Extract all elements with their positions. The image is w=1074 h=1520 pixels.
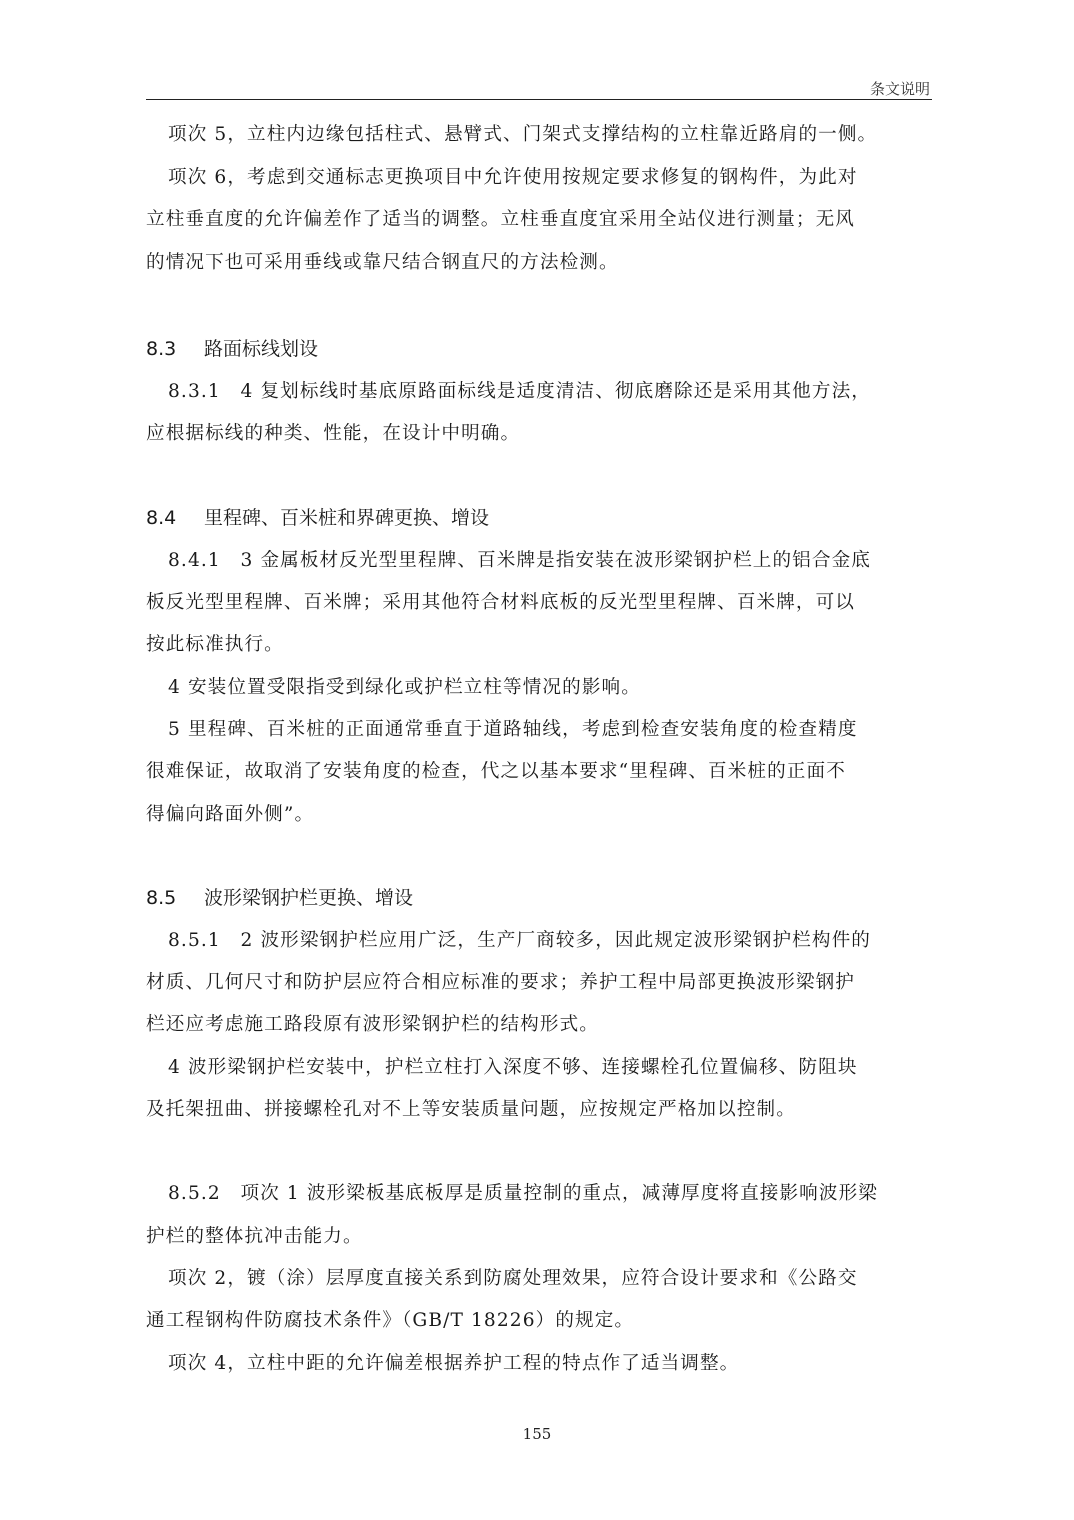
clause-text: 按此标准执行。 [146,624,932,665]
section-heading-8-5: 8.5波形梁钢护栏更换、增设 [146,883,413,913]
section-heading-8-3: 8.3路面标线划设 [146,334,318,364]
clause-text: 护栏的整体抗冲击能力。 [146,1216,932,1257]
clause-text: 得偏向路面外侧”。 [146,794,932,835]
clause-text: 项次 4，立柱中距的允许偏差根据养护工程的特点作了适当调整。 [146,1343,932,1384]
clause-text: 板反光型里程牌、百米牌；采用其他符合材料底板的反光型里程牌、百米牌，可以 [146,582,932,623]
section-number: 8.5 [146,883,204,913]
section-title: 波形梁钢护栏更换、增设 [204,887,413,909]
page-number: 155 [0,1425,1074,1443]
clause-text: 通工程钢构件防腐技术条件》（GB/T 18226）的规定。 [146,1300,932,1341]
clause-text: 8.5.2 项次 1 波形梁板基底板厚是质量控制的重点，减薄厚度将直接影响波形梁 [146,1173,932,1214]
clause-text: 很难保证，故取消了安装角度的检查，代之以基本要求“里程碑、百米桩的正面不 [146,751,932,792]
paragraph: 项次 5，立柱内边缘包括柱式、悬臂式、门架式支撑结构的立柱靠近路肩的一侧。 [146,114,932,155]
section-number: 8.4 [146,503,204,533]
section-number: 8.3 [146,334,204,364]
clause-text: 材质、几何尺寸和防护层应符合相应标准的要求；养护工程中局部更换波形梁钢护 [146,962,932,1003]
clause-text: 栏还应考虑施工路段原有波形梁钢护栏的结构形式。 [146,1004,932,1045]
clause-text: 5 里程碑、百米桩的正面通常垂直于道路轴线，考虑到检查安装角度的检查精度 [146,709,932,750]
running-header: 条文说明 [870,78,930,99]
clause-text: 4 安装位置受限指受到绿化或护栏立柱等情况的影响。 [146,667,932,708]
clause-text: 4 波形梁钢护栏安装中，护栏立柱打入深度不够、连接螺栓孔位置偏移、防阻块 [146,1047,932,1088]
clause-text: 8.5.1 2 波形梁钢护栏应用广泛，生产厂商较多，因此规定波形梁钢护栏构件的 [146,920,932,961]
clause-text: 项次 2，镀（涂）层厚度直接关系到防腐处理效果，应符合设计要求和《公路交 [146,1258,932,1299]
section-title: 路面标线划设 [204,338,318,360]
header-divider [146,99,932,100]
paragraph-continued: 的情况下也可采用垂线或靠尺结合钢直尺的方法检测。 [146,242,932,283]
section-title: 里程碑、百米桩和界碑更换、增设 [204,507,489,529]
clause-text: 8.4.1 3 金属板材反光型里程牌、百米牌是指安装在波形梁钢护栏上的铝合金底 [146,540,932,581]
paragraph-continued: 立柱垂直度的允许偏差作了适当的调整。立柱垂直度宜采用全站仪进行测量；无风 [146,199,932,240]
paragraph: 项次 6，考虑到交通标志更换项目中允许使用按规定要求修复的钢构件，为此对 [146,157,932,198]
clause-text: 及托架扭曲、拼接螺栓孔对不上等安装质量问题，应按规定严格加以控制。 [146,1089,932,1130]
section-heading-8-4: 8.4里程碑、百米桩和界碑更换、增设 [146,503,489,533]
clause-text: 应根据标线的种类、性能，在设计中明确。 [146,413,932,454]
clause-text: 8.3.1 4 复划标线时基底原路面标线是适度清洁、彻底磨除还是采用其他方法， [146,371,932,412]
